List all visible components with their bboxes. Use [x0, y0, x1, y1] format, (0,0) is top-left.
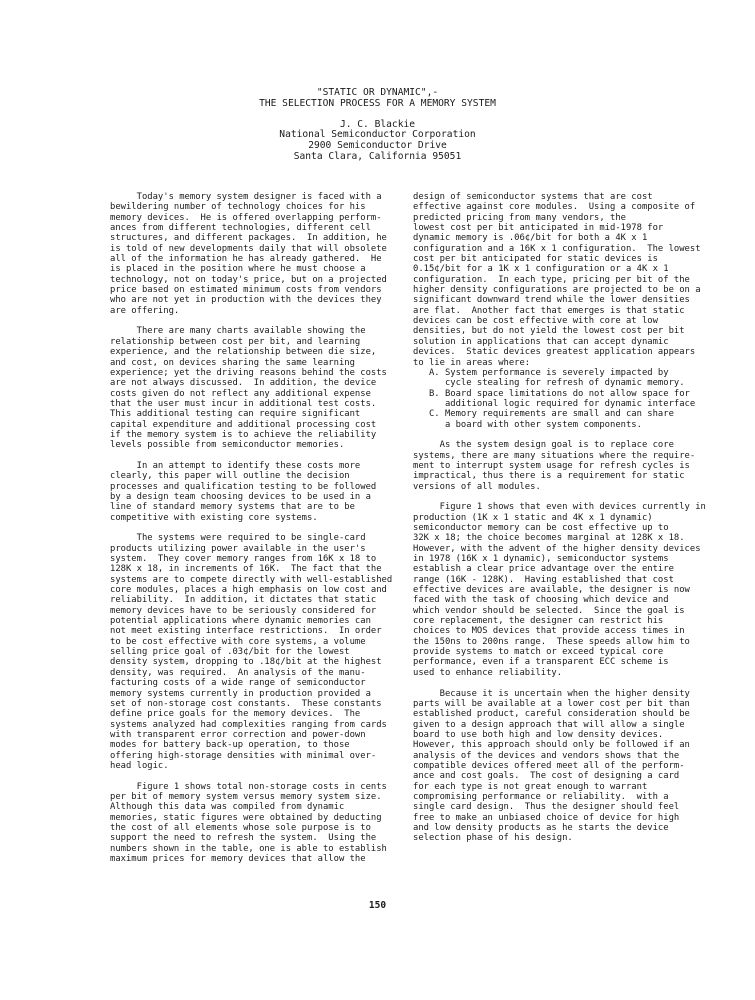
text-line: selection phase of his design. — [413, 833, 713, 843]
text-line: Figure 1 shows total non-storage costs i… — [110, 782, 395, 792]
text-line: clearly, this paper will outline the dec… — [110, 471, 395, 481]
text-line: price based on estimated minimum costs f… — [110, 285, 395, 295]
text-line: processes and qualification testing to b… — [110, 482, 395, 492]
text-line: memory devices have to be seriously cons… — [110, 606, 395, 616]
paragraph: Figure 1 shows that even with devices cu… — [413, 502, 713, 678]
text-line: the cost of all elements whose sole purp… — [110, 823, 395, 833]
text-line: semiconductor memory can be cost effecti… — [413, 523, 713, 533]
paragraph: Because it is uncertain when the higher … — [413, 689, 713, 844]
text-line: and low density products as he starts th… — [413, 823, 713, 833]
list-item: B. Board space limitations do not allow … — [413, 389, 713, 399]
text-line: compromising performance or reliability.… — [413, 792, 713, 802]
paragraph: In an attempt to identify these costs mo… — [110, 461, 395, 523]
text-line: configuration and a 16K x 1 configuratio… — [413, 244, 713, 254]
text-line: significant downward trend while the low… — [413, 295, 713, 305]
text-line: experience; yet the driving reasons behi… — [110, 368, 395, 378]
text-line: in 1978 (16K x 1 dynamic), semiconductor… — [413, 554, 713, 564]
text-line: bewildering number of technology choices… — [110, 202, 395, 212]
text-line: 128K x 18, in increments of 16K. The fac… — [110, 564, 395, 574]
text-line: Because it is uncertain when the higher … — [413, 689, 713, 699]
text-line: versions of all modules. — [413, 482, 713, 492]
text-line: 32K x 18; the choice becomes marginal at… — [413, 533, 713, 543]
text-line: for each type is not great enough to war… — [413, 782, 713, 792]
list-item: C. Memory requirements are small and can… — [413, 409, 713, 419]
text-line: However, this approach should only be fo… — [413, 740, 713, 750]
list-item: additional logic required for dynamic in… — [413, 399, 713, 409]
text-line: density, was required. An analysis of th… — [110, 668, 395, 678]
text-line: by a design team choosing devices to be … — [110, 492, 395, 502]
text-line: compatible devices offered meet all of t… — [413, 761, 713, 771]
text-line: and cost, on devices sharing the same le… — [110, 358, 395, 368]
list-item: cycle stealing for refresh of dynamic me… — [413, 378, 713, 388]
text-line: which vendor should be selected. Since t… — [413, 606, 713, 616]
text-line: core modules, places a high emphasis on … — [110, 585, 395, 595]
text-line: impractical, thus there is a requirement… — [413, 471, 713, 481]
text-line: with transparent error correction and po… — [110, 730, 395, 740]
text-line: board to use both high and low density d… — [413, 730, 713, 740]
paper-title-line-2: THE SELECTION PROCESS FOR A MEMORY SYSTE… — [0, 99, 755, 110]
text-line: costs given do not reflect any additiona… — [110, 389, 395, 399]
text-line: offering high-storage densities with min… — [110, 751, 395, 761]
text-line: reliability. In addition, it dictates th… — [110, 595, 395, 605]
text-line: Figure 1 shows that even with devices cu… — [413, 502, 713, 512]
text-line: system. They cover memory ranges from 16… — [110, 554, 395, 564]
text-line: provide systems to match or exceed typic… — [413, 647, 713, 657]
text-line: faced with the task of choosing which de… — [413, 595, 713, 605]
text-line: line of standard memory systems that are… — [110, 502, 395, 512]
right-text-column: design of semiconductor systems that are… — [413, 192, 713, 854]
text-line: cost per bit anticipated for static devi… — [413, 254, 713, 264]
text-line: memory systems currently in production p… — [110, 689, 395, 699]
text-line: production (1K x 1 static and 4K x 1 dyn… — [413, 513, 713, 523]
paragraph: There are many charts available showing … — [110, 326, 395, 450]
paragraph: Figure 1 shows total non-storage costs i… — [110, 782, 395, 865]
text-line: parts will be available at a lower cost … — [413, 699, 713, 709]
text-line: performance, even if a transparent ECC s… — [413, 657, 713, 667]
text-line: Although this data was compiled from dyn… — [110, 802, 395, 812]
list-item: a board with other system components. — [413, 420, 713, 430]
text-line: configuration. In each type, pricing per… — [413, 275, 713, 285]
text-line: numbers shown in the table, one is able … — [110, 844, 395, 854]
text-line: maximum prices for memory devices that a… — [110, 854, 395, 864]
text-line: range (16K - 128K). Having established t… — [413, 575, 713, 585]
text-line: is placed in the position where he must … — [110, 264, 395, 274]
author-address-street: 2900 Semiconductor Drive — [0, 141, 755, 152]
text-line: modes for battery back-up operation, to … — [110, 740, 395, 750]
text-line: levels possible from semiconductor memor… — [110, 440, 395, 450]
text-line: competitive with existing core systems. — [110, 513, 395, 523]
text-line: choices to MOS devices that provide acce… — [413, 626, 713, 636]
text-line: ment to interrupt system usage for refre… — [413, 461, 713, 471]
text-line: given to a design approach that will all… — [413, 720, 713, 730]
text-line: define price goals for the memory device… — [110, 709, 395, 719]
text-line: The systems were required to be single-c… — [110, 533, 395, 543]
text-line: design of semiconductor systems that are… — [413, 192, 713, 202]
text-line: potential applications where dynamic mem… — [110, 616, 395, 626]
paragraph: As the system design goal is to replace … — [413, 440, 713, 492]
paragraph: Today's memory system designer is faced … — [110, 192, 395, 316]
text-line: are not always discussed. In addition, t… — [110, 378, 395, 388]
text-line: There are many charts available showing … — [110, 326, 395, 336]
text-line: products utilizing power available in th… — [110, 544, 395, 554]
paragraph: design of semiconductor systems that are… — [413, 192, 713, 430]
text-line: In an attempt to identify these costs mo… — [110, 461, 395, 471]
page-number: 150 — [0, 900, 755, 911]
text-line: establish a clear price advantage over t… — [413, 564, 713, 574]
text-line: are flat. Another fact that emerges is t… — [413, 306, 713, 316]
text-line: devices can be cost effective with core … — [413, 316, 713, 326]
text-line: structures, and different packages. In a… — [110, 233, 395, 243]
paragraph: The systems were required to be single-c… — [110, 533, 395, 771]
text-line: per bit of memory system versus memory s… — [110, 792, 395, 802]
paper-title-line-1: "STATIC OR DYNAMIC",- — [0, 88, 755, 99]
text-line: However, with the advent of the higher d… — [413, 544, 713, 554]
text-line: 0.15¢/bit for a 1K x 1 configuration or … — [413, 264, 713, 274]
text-line: predicted pricing from many vendors, the — [413, 213, 713, 223]
text-line: to be cost effective with core systems, … — [110, 637, 395, 647]
text-line: effective devices are available, the des… — [413, 585, 713, 595]
text-line: set of non-storage cost constants. These… — [110, 699, 395, 709]
text-line: lowest cost per bit anticipated in mid-1… — [413, 223, 713, 233]
text-line: is told of new developments daily that w… — [110, 244, 395, 254]
text-line: densities, but do not yield the lowest c… — [413, 326, 713, 336]
text-line: established product, careful considerati… — [413, 709, 713, 719]
text-line: to lie in areas where: — [413, 358, 713, 368]
text-line: analysis of the devices and vendors show… — [413, 751, 713, 761]
left-text-column: Today's memory system designer is faced … — [110, 192, 395, 875]
text-line: core replacement, the designer can restr… — [413, 616, 713, 626]
text-line: systems analyzed had complexities rangin… — [110, 720, 395, 730]
text-line: solution in applications that can accept… — [413, 337, 713, 347]
text-line: who are not yet in production with the d… — [110, 295, 395, 305]
text-line: the 150ns to 200ns range. These speeds a… — [413, 637, 713, 647]
text-line: effective against core modules. Using a … — [413, 202, 713, 212]
text-line: are offering. — [110, 306, 395, 316]
paper-header: "STATIC OR DYNAMIC",- THE SELECTION PROC… — [0, 88, 755, 162]
text-line: relationship between cost per bit, and l… — [110, 337, 395, 347]
text-line: technology, not on today's price, but on… — [110, 275, 395, 285]
text-line: experience, and the relationship between… — [110, 347, 395, 357]
text-line: Today's memory system designer is faced … — [110, 192, 395, 202]
text-line: facturing costs of a wide range of semic… — [110, 678, 395, 688]
list-item: A. System performance is severely impact… — [413, 368, 713, 378]
text-line: support the need to refresh the system. … — [110, 833, 395, 843]
text-line: head logic. — [110, 761, 395, 771]
text-line: systems are to compete directly with wel… — [110, 575, 395, 585]
text-line: used to enhance reliability. — [413, 668, 713, 678]
text-line: ance and cost goals. The cost of designi… — [413, 771, 713, 781]
text-line: free to make an unbiased choice of devic… — [413, 813, 713, 823]
text-line: dynamic memory is .06¢/bit for both a 4K… — [413, 233, 713, 243]
text-line: not meet existing interface restrictions… — [110, 626, 395, 636]
text-line: capital expenditure and additional proce… — [110, 420, 395, 430]
author-address-city: Santa Clara, California 95051 — [0, 152, 755, 163]
text-line: that the user must incur in additional t… — [110, 399, 395, 409]
text-line: ances from different technologies, diffe… — [110, 223, 395, 233]
text-line: single card design. Thus the designer sh… — [413, 802, 713, 812]
text-line: density system, dropping to .18¢/bit at … — [110, 657, 395, 667]
text-line: selling price goal of .03¢/bit for the l… — [110, 647, 395, 657]
text-line: devices. Static devices greatest applica… — [413, 347, 713, 357]
text-line: memory devices. He is offered overlappin… — [110, 213, 395, 223]
text-line: if the memory system is to achieve the r… — [110, 430, 395, 440]
text-line: higher density configurations are projec… — [413, 285, 713, 295]
text-line: systems, there are many situations where… — [413, 451, 713, 461]
text-line: As the system design goal is to replace … — [413, 440, 713, 450]
text-line: memories, static figures were obtained b… — [110, 813, 395, 823]
text-line: all of the information he has already ga… — [110, 254, 395, 264]
text-line: This additional testing can require sign… — [110, 409, 395, 419]
